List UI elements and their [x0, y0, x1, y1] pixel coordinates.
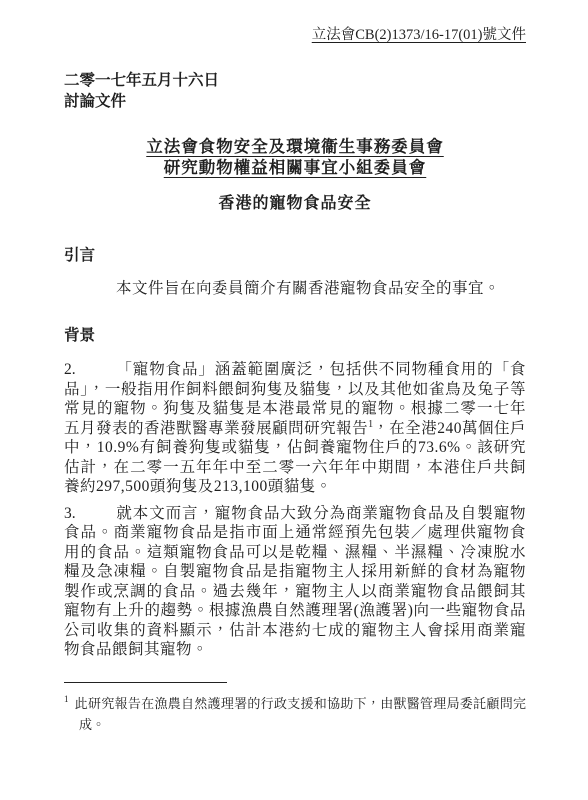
doc-date: 二零一七年五月十六日	[64, 70, 526, 91]
footnote-text: 此研究報告在漁農自然護理署的行政支援和協助下，由獸醫管理局委託顧問完成。	[75, 696, 527, 733]
footnote-separator	[64, 682, 227, 683]
paragraph-3-text: 就本文而言，寵物食品大致分為商業寵物食品及自製寵物食品。商業寵物食品是指市面上通…	[64, 505, 526, 659]
section-heading-introduction: 引言	[64, 245, 526, 266]
paragraph-3-number: 3.	[64, 504, 116, 524]
intro-paragraph: 本文件旨在向委員簡介有關香港寵物食品安全的事宜。	[64, 279, 526, 299]
footnote-marker: 1	[64, 694, 69, 704]
committee-title: 立法會食物安全及環境衞生事務委員會 研究動物權益相關事宜小組委員會	[64, 136, 526, 178]
section-heading-background: 背景	[64, 325, 526, 346]
paragraph-2: 2.「寵物食品」涵蓋範圍廣泛，包括供不同物種食用的「食品」，一般指用作飼料餵飼狗…	[64, 360, 526, 497]
committee-title-line2: 研究動物權益相關事宜小組委員會	[64, 157, 526, 178]
paragraph-2-number: 2.	[64, 360, 116, 380]
paragraph-3: 3.就本文而言，寵物食品大致分為商業寵物食品及自製寵物食品。商業寵物食品是指市面…	[64, 504, 526, 660]
doc-type-label: 討論文件	[64, 91, 526, 112]
doc-subject-title: 香港的寵物食品安全	[64, 193, 526, 214]
doc-reference-number: 立法會CB(2)1373/16-17(01)號文件	[64, 26, 526, 44]
footnote-1: 1此研究報告在漁農自然護理署的行政支援和協助下，由獸醫管理局委託顧問完成。	[64, 693, 526, 736]
doc-reference-text: 立法會CB(2)1373/16-17(01)號文件	[312, 27, 526, 43]
document-page: 立法會CB(2)1373/16-17(01)號文件 二零一七年五月十六日 討論文…	[0, 0, 588, 800]
committee-title-line1: 立法會食物安全及環境衞生事務委員會	[64, 136, 526, 157]
